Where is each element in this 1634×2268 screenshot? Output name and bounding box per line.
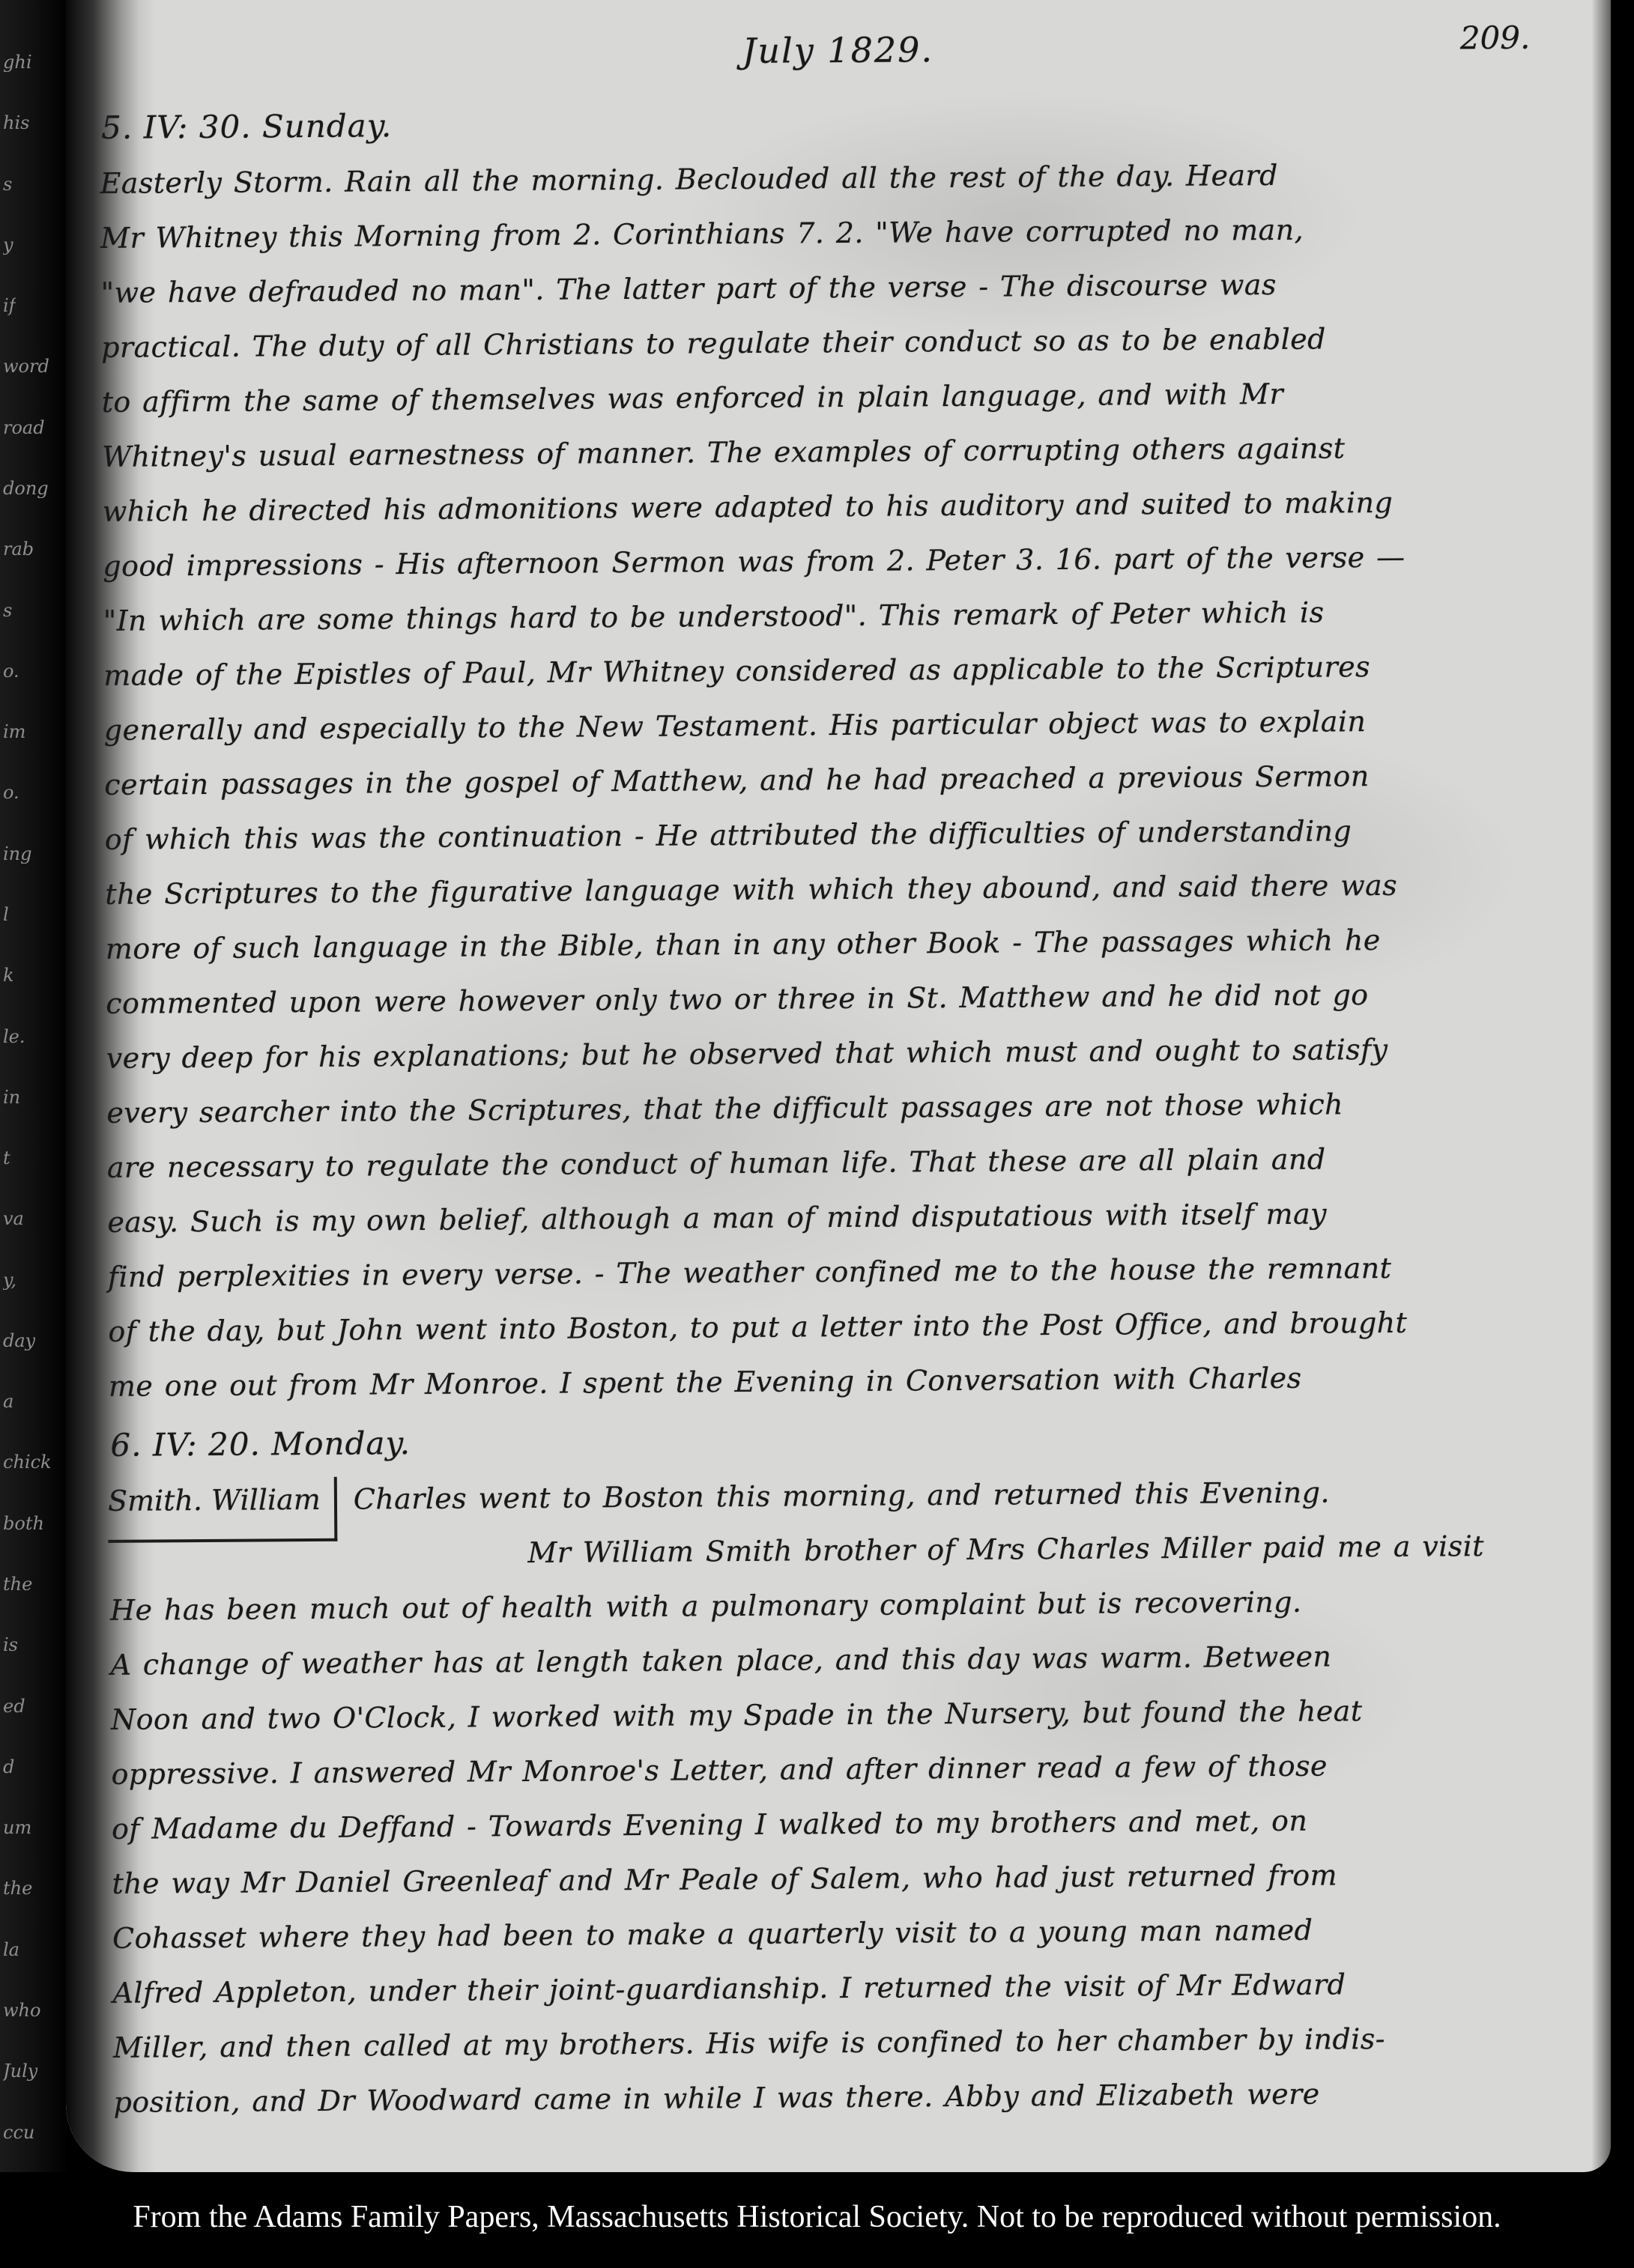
manuscript-line: Noon and two O'Clock, I worked with my S…: [111, 1682, 1590, 1747]
manuscript-line: of which this was the continuation - He …: [105, 802, 1584, 867]
caption-band: From the Adams Family Papers, Massachuse…: [0, 2172, 1634, 2268]
facing-page-text-fragment: um: [3, 1818, 31, 1837]
manuscript-line: "In which are some things hard to be und…: [103, 583, 1582, 649]
diary-entry-monday: 6. IV: 20. Monday. Smith. William Charle…: [107, 1414, 1593, 2130]
manuscript-line: He has been much out of health with a pu…: [110, 1573, 1589, 1638]
margin-note-row: Smith. William Charles went to Boston th…: [108, 1464, 1588, 1529]
entry-heading-sunday: 5. IV: 30. Sunday.: [101, 97, 1579, 149]
facing-page-text-fragment: k: [3, 965, 14, 985]
facing-page-text-fragment: July: [3, 2061, 37, 2081]
facing-page-text-fragment: s: [3, 601, 12, 620]
scanned-diary-page: ghihissyifwordroaddongrabso.imo.inglkle.…: [0, 0, 1634, 2268]
facing-page-text-fragment: is: [3, 1635, 18, 1655]
facing-page-fragments: ghihissyifwordroaddongrabso.imo.inglkle.…: [3, 52, 55, 2142]
facing-page-text-fragment: in: [3, 1088, 20, 1107]
manuscript-line: to affirm the same of themselves was enf…: [101, 365, 1580, 430]
page-number: 209.: [1460, 19, 1531, 57]
manuscript-line: Charles went to Boston this morning, and…: [354, 1465, 1331, 1526]
manuscript-line: of the day, but John went into Boston, t…: [108, 1294, 1587, 1359]
facing-page-text-fragment: both: [3, 1514, 44, 1533]
facing-page-text-fragment: a: [3, 1392, 13, 1411]
manuscript-line: Easterly Storm. Rain all the morning. Be…: [100, 146, 1579, 211]
facing-page-text-fragment: im: [3, 722, 25, 742]
diary-page: July 1829. 209. 5. IV: 30. Sunday. Easte…: [66, 0, 1611, 2172]
manuscript-line: commented upon were however only two or …: [106, 966, 1585, 1031]
manuscript-line: are necessary to regulate the conduct of…: [107, 1130, 1586, 1195]
facing-page-text-fragment: rab: [3, 539, 34, 559]
manuscript-line: Miller, and then called at my brothers. …: [113, 2010, 1592, 2076]
facing-page-text-fragment: his: [3, 113, 29, 133]
facing-page-text-fragment: the: [3, 1574, 32, 1594]
facing-page-text-fragment: who: [3, 2001, 40, 2020]
diary-entry-sunday: 5. IV: 30. Sunday. Easterly Storm. Rain …: [98, 97, 1588, 1414]
manuscript-line: position, and Dr Woodward came in while …: [113, 2065, 1592, 2130]
manuscript-line: oppressive. I answered Mr Monroe's Lette…: [111, 1737, 1590, 1802]
facing-page-text-fragment: y: [3, 235, 13, 255]
facing-page-text-fragment: dong: [3, 479, 49, 498]
entry-body-sunday: Easterly Storm. Rain all the morning. Be…: [100, 146, 1588, 1414]
facing-page-text-fragment: o.: [3, 661, 19, 681]
manuscript-line: find perplexities in every verse. - The …: [108, 1240, 1587, 1305]
facing-page-text-fragment: o.: [3, 783, 19, 802]
facing-page-text-fragment: y,: [3, 1270, 16, 1290]
manuscript-line: the Scriptures to the figurative languag…: [105, 857, 1584, 922]
manuscript-line: Whitney's usual earnestness of manner. T…: [102, 419, 1581, 485]
facing-page-text-fragment: word: [3, 357, 49, 376]
facing-page-edge: ghihissyifwordroaddongrabso.imo.inglkle.…: [0, 0, 69, 2187]
manuscript-line: more of such language in the Bible, than…: [106, 912, 1585, 977]
manuscript-line: Mr Whitney this Morning from 2. Corinthi…: [100, 201, 1579, 266]
page-header-date: July 1829.: [742, 29, 934, 71]
manuscript-line: Alfred Appleton, under their joint-guard…: [112, 1956, 1591, 2021]
facing-page-text-fragment: s: [3, 175, 12, 194]
facing-page-text-fragment: ed: [3, 1697, 25, 1716]
manuscript-line: generally and especially to the New Test…: [104, 693, 1583, 758]
page-header: July 1829. 209.: [97, 14, 1579, 97]
page-edge-shadow: [1591, 0, 1611, 2172]
facing-page-text-fragment: if: [3, 296, 16, 315]
manuscript-line: certain passages in the gospel of Matthe…: [104, 748, 1583, 813]
manuscript-line: very deep for his explanations; but he o…: [106, 1021, 1585, 1086]
facing-page-text-fragment: road: [3, 418, 45, 437]
facing-page-text-fragment: va: [3, 1209, 24, 1228]
manuscript-line: the way Mr Daniel Greenleaf and Mr Peale…: [112, 1846, 1591, 1911]
margin-note: Smith. William: [108, 1477, 337, 1543]
manuscript-line: of Madame du Deffand - Towards Evening I…: [112, 1792, 1591, 1857]
manuscript-line: which he directed his admonitions were a…: [102, 474, 1581, 539]
manuscript-content: July 1829. 209. 5. IV: 30. Sunday. Easte…: [97, 14, 1593, 2130]
entry-body-monday: He has been much out of health with a pu…: [110, 1573, 1593, 2130]
facing-page-text-fragment: day: [3, 1331, 35, 1350]
facing-page-text-fragment: la: [3, 1940, 19, 1959]
manuscript-line: A change of weather has at length taken …: [110, 1628, 1589, 1693]
entry-heading-monday: 6. IV: 20. Monday.: [110, 1414, 1588, 1467]
facing-page-text-fragment: ghi: [3, 52, 32, 72]
manuscript-line: every searcher into the Scriptures, that…: [106, 1076, 1585, 1141]
manuscript-line: good impressions - His afternoon Sermon …: [103, 529, 1582, 594]
facing-page-text-fragment: d: [3, 1757, 14, 1777]
facing-page-text-fragment: chick: [3, 1452, 52, 1472]
manuscript-line: easy. Such is my own belief, although a …: [107, 1185, 1586, 1250]
facing-page-text-fragment: ing: [3, 844, 32, 864]
facing-page-text-fragment: t: [3, 1148, 10, 1168]
manuscript-line: made of the Epistles of Paul, Mr Whitney…: [103, 638, 1582, 703]
manuscript-line: "we have defrauded no man". The latter p…: [100, 255, 1579, 321]
facing-page-text-fragment: le.: [3, 1027, 25, 1046]
manuscript-line: practical. The duty of all Christians to…: [101, 310, 1580, 375]
manuscript-line: me one out from Mr Monroe. I spent the E…: [109, 1349, 1588, 1414]
attribution-caption: From the Adams Family Papers, Massachuse…: [0, 2172, 1634, 2262]
facing-page-text-fragment: the: [3, 1879, 32, 1898]
manuscript-line: Cohasset where they had been to make a q…: [112, 1901, 1591, 1966]
facing-page-text-fragment: ccu: [3, 2123, 34, 2142]
facing-page-text-fragment: l: [3, 905, 9, 924]
